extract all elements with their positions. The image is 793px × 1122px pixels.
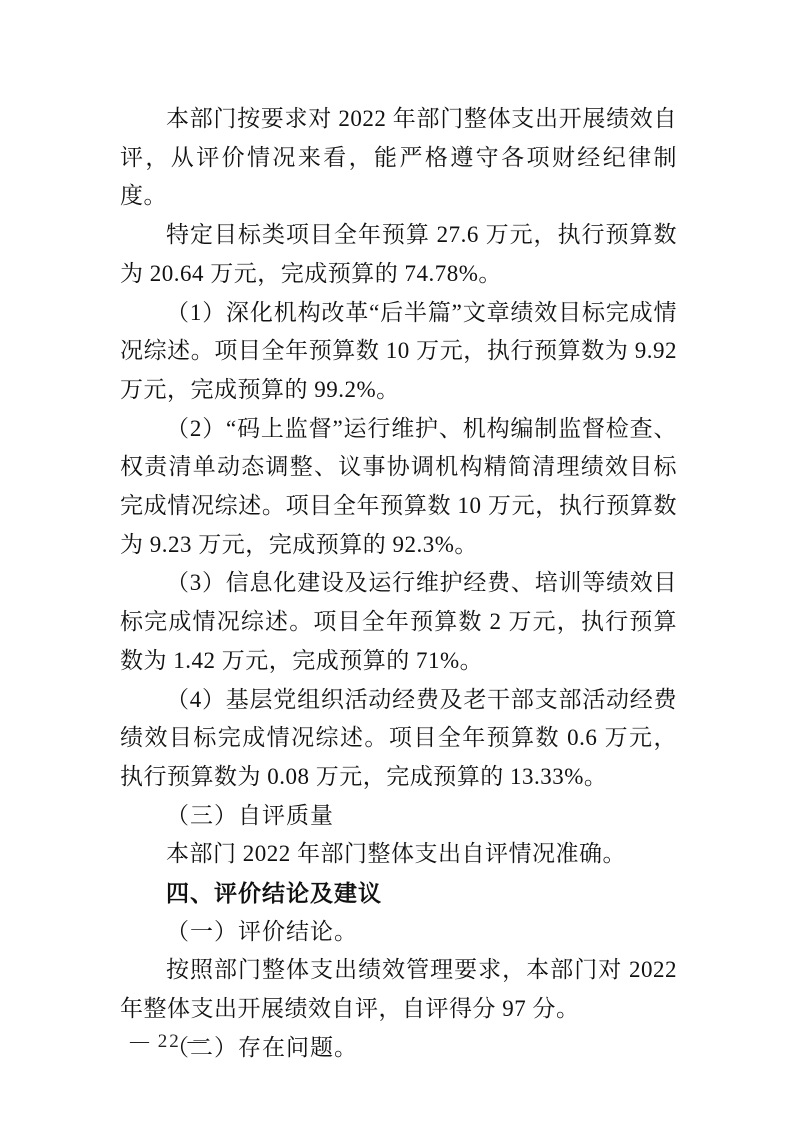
- paragraph-self-evaluation-intro: 本部门按要求对 2022 年部门整体支出开展绩效自评，从评价情况来看，能严格遵守…: [120, 100, 677, 216]
- paragraph-project-item-2: （2）“码上监督”运行维护、机构编制监督检查、权责清单动态调整、议事协调机构精简…: [120, 410, 677, 565]
- page-number: — 22 —: [130, 1030, 209, 1054]
- paragraph-project-item-1: （1）深化机构改革“后半篇”文章绩效目标完成情况综述。项目全年预算数 10 万元…: [120, 294, 677, 410]
- subheading-eval-conclusion: （一）评价结论。: [120, 913, 677, 952]
- paragraph-self-eval-accuracy: 本部门 2022 年部门整体支出自评情况准确。: [120, 835, 677, 874]
- document-page: 本部门按要求对 2022 年部门整体支出开展绩效自评，从评价情况来看，能严格遵守…: [0, 0, 793, 1122]
- paragraph-project-item-3: （3）信息化建设及运行维护经费、培训等绩效目标完成情况综述。项目全年预算数 2 …: [120, 564, 677, 680]
- paragraph-eval-score: 按照部门整体支出绩效管理要求，本部门对 2022 年整体支出开展绩效自评，自评得…: [120, 951, 677, 1028]
- paragraph-specific-target-budget: 特定目标类项目全年预算 27.6 万元，执行预算数为 20.64 万元，完成预算…: [120, 216, 677, 293]
- subheading-self-eval-quality: （三）自评质量: [120, 797, 677, 836]
- document-body: 本部门按要求对 2022 年部门整体支出开展绩效自评，从评价情况来看，能严格遵守…: [120, 100, 677, 1068]
- section-heading-conclusion-suggestions: 四、评价结论及建议: [120, 874, 677, 913]
- paragraph-project-item-4: （4）基层党组织活动经费及老干部支部活动经费绩效目标完成情况综述。项目全年预算数…: [120, 681, 677, 797]
